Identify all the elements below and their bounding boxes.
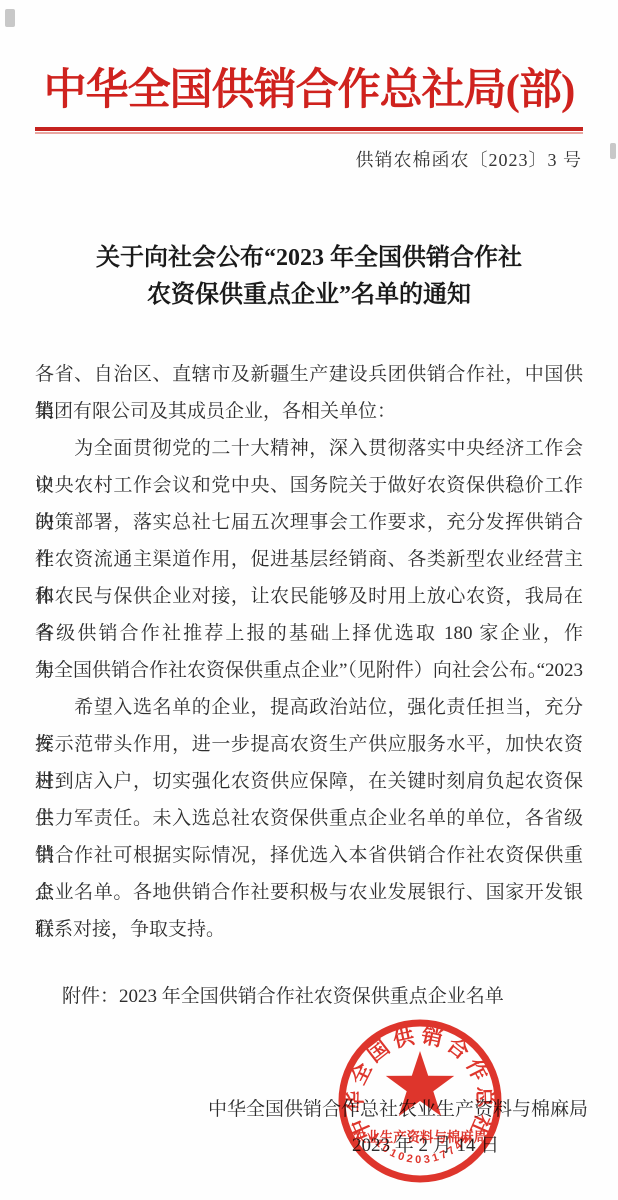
- document-reference-number: 供销农棉函农〔2023〕3 号: [356, 146, 583, 172]
- divider-thick-line: [35, 127, 583, 131]
- body-line: 挥示范带头作用，进一步提高农资生产供应服务水平，加快农资进: [35, 726, 583, 763]
- body-line: 主力军责任。未入选总社农资保供重点企业名单的单位，各省级供: [35, 800, 583, 837]
- body-line: 年全国供销合作社农资保供重点企业”（见附件）向社会公布。: [35, 652, 583, 689]
- letterhead-org-title: 中华全国供销合作总社局(部): [0, 56, 618, 117]
- body-line: 省级供销合作社推荐上报的基础上择优选取 180 家企业，作为“2023: [35, 615, 583, 652]
- scan-artifact: [610, 143, 616, 159]
- document-title: 关于向社会公布“2023 年全国供销合作社 农资保供重点企业”名单的通知: [0, 240, 618, 314]
- body-line: 各省、自治区、直辖市及新疆生产建设兵团供销合作社，中国供销: [35, 356, 583, 393]
- body-line: 企业名单。各地供销合作社要积极与农业发展银行、国家开发银行: [35, 874, 583, 911]
- seal-star-icon: [386, 1051, 454, 1116]
- divider-thin-line: [35, 132, 583, 134]
- body-line: 销合作社可根据实际情况，择优选入本省供销合作社农资保供重点: [35, 837, 583, 874]
- body-line: 社农资流通主渠道作用，促进基层经销商、各类新型农业经营主体: [35, 541, 583, 578]
- official-seal: 中华全国供销合作总社 农业生产资料与棉麻局 1101020317745: [336, 1015, 504, 1187]
- body-line: 为全面贯彻党的二十大精神，深入贯彻落实中央经济工作会议、: [35, 430, 583, 467]
- document-title-line1: 关于向社会公布“2023 年全国供销合作社: [0, 240, 618, 277]
- document-title-line2: 农资保供重点企业”名单的通知: [0, 277, 618, 314]
- body-line: 决策部署，落实总社七届五次理事会工作要求，充分发挥供销合作: [35, 504, 583, 541]
- body-text: 各省、自治区、直辖市及新疆生产建设兵团供销合作社，中国供销集团有限公司及其成员企…: [35, 356, 583, 948]
- body-line: 集团有限公司及其成员企业，各相关单位：: [35, 393, 583, 430]
- body-line: 村到店入户，切实强化农资供应保障，在关键时刻肩负起农资保供: [35, 763, 583, 800]
- body-line: 和农民与保供企业对接，让农民能够及时用上放心农资，我局在各: [35, 578, 583, 615]
- attachment-line: 附件：2023 年全国供销合作社农资保供重点企业名单: [62, 981, 504, 1008]
- official-document-page: 中华全国供销合作总社局(部) 供销农棉函农〔2023〕3 号 关于向社会公布“2…: [0, 0, 618, 1200]
- scan-artifact: [5, 9, 15, 27]
- letterhead-divider-rule: [35, 127, 583, 134]
- body-line: 联系对接，争取支持。: [35, 911, 583, 948]
- body-line: 希望入选名单的企业，提高政治站位，强化责任担当，充分发: [35, 689, 583, 726]
- body-line: 中央农村工作会议和党中央、国务院关于做好农资保供稳价工作的: [35, 467, 583, 504]
